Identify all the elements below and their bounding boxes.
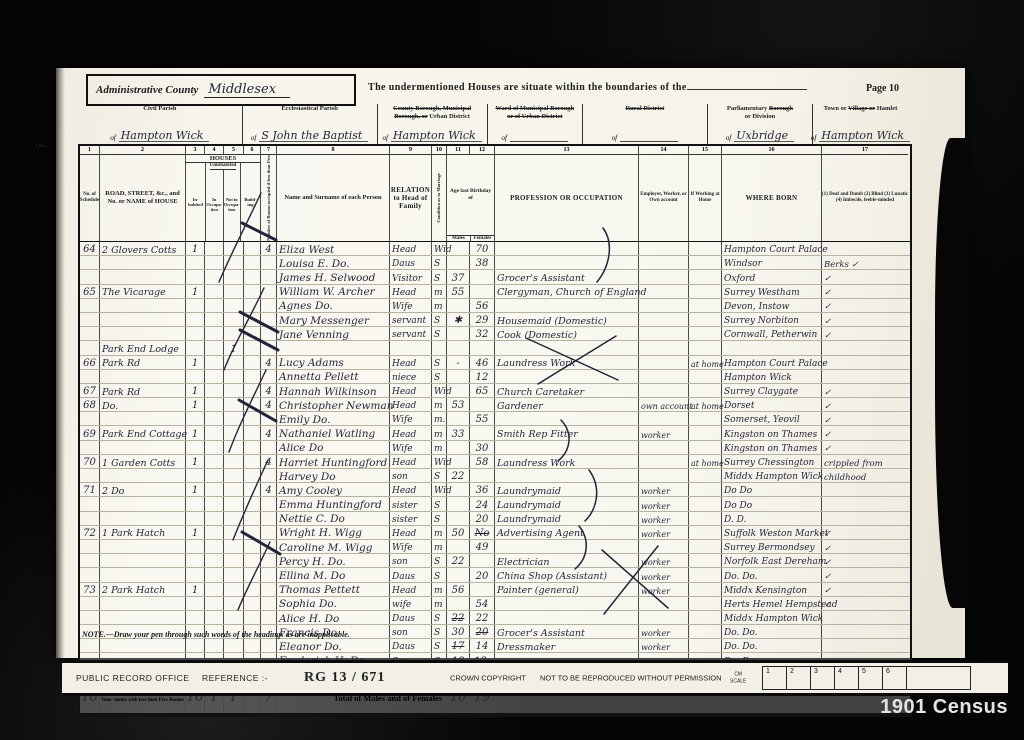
cell-inh [186,341,205,354]
header-uninhabited: Uninhabited In Occupa-tion Not in Occupa… [206,163,241,241]
cell-emp [639,270,689,283]
cell-inf [822,625,908,638]
cell-inh [186,327,205,340]
cell-name: Eleanor Do. [277,639,390,652]
cell-notocc [224,313,244,326]
ruler-mark-1: 1 [763,667,787,689]
cell-cond: Wid [432,384,447,397]
district-value: ofS John the Baptist [251,130,368,142]
cell-cond: S [432,554,447,567]
cell-inocc [205,398,224,411]
cell-born: Suffolk Weston Market [722,526,822,539]
cell-name: Caroline M. Wigg [277,540,390,553]
cell-rel: Wife [390,299,432,312]
cell-home [689,497,722,510]
cell-home [689,540,722,553]
cell-road [100,313,186,326]
cell-occ [495,611,639,624]
cell-inh [186,554,205,567]
cell-sch [80,256,100,269]
cell-inocc [205,554,224,567]
cell-road [100,639,186,652]
cell-emp: own account [639,398,689,411]
cell-occ: China Shop (Assistant) [495,568,639,581]
header-relation: RELATION to Head of Family [390,155,432,241]
cell-home [689,568,722,581]
cell-occ: Grocer's Assistant [495,625,639,638]
cell-sch [80,597,100,610]
cell-cond: Wid [432,242,447,255]
cell-home [689,370,722,383]
cell-build [244,483,261,496]
cell-sch [80,512,100,525]
cell-road: 1 Garden Cotts [100,455,186,468]
cell-notocc [224,441,244,454]
cell-inocc [205,299,224,312]
cell-rel: servant [390,313,432,326]
cell-inf: ✓ [822,384,908,397]
cell-cond: S [432,512,447,525]
header-in-occupation: In Occupa-tion [206,170,224,241]
cell-inh: 1 [186,285,205,298]
cm-ruler: 123456 [762,666,971,690]
cell-build [244,639,261,652]
cell-am [447,540,470,553]
cell-build [244,370,261,383]
cell-af: 20 [470,512,495,525]
column-headers-row: No. of Schedule ROAD, STREET, &c., and N… [80,155,910,242]
cell-home: at home [689,356,722,369]
cell-inf: ✓ [822,597,908,610]
cell-born: Surrey Claygate [722,384,822,397]
cell-occ: Laundrymaid [495,512,639,525]
cell-inf: ✓ [822,299,908,312]
cell-road [100,270,186,283]
cell-born: Do. Do. [722,625,822,638]
cell-road: Park End Lodge [100,341,186,354]
census-row: Louisa E. Do.DausS38WindsorBerks ✓ [80,256,910,270]
cell-af: 14 [470,639,495,652]
cell-inf [822,512,908,525]
cell-build [244,497,261,510]
cell-build [244,384,261,397]
cell-build [244,341,261,354]
cell-road [100,256,186,269]
cell-inh [186,313,205,326]
district-label: Ward of Municipal Boroughor of Urban Dis… [495,105,574,121]
cell-am: 56 [447,583,470,596]
header-born: WHERE BORN [722,155,822,241]
cell-sch: 70 [80,455,100,468]
cell-rooms [261,597,277,610]
cell-cond: m [432,583,447,596]
cell-sch [80,497,100,510]
cell-home [689,583,722,596]
cell-inh [186,512,205,525]
cell-inocc [205,384,224,397]
cell-occ: Grocer's Assistant [495,270,639,283]
cell-build [244,611,261,624]
cell-name: Nathaniel Watling [277,426,390,439]
cell-rel: Head [390,526,432,539]
cell-home: at home [689,398,722,411]
scan-background: Administrative County Middlesex The unde… [0,0,1024,740]
cell-inocc [205,313,224,326]
header-profession: PROFESSION OR OCCUPATION [495,155,639,241]
census-row: Jane VenningservantS32Cook (Domestic)Cor… [80,327,910,341]
cell-name: Eliza West [277,242,390,255]
district-label: Parliamentary Boroughor Division [727,105,793,121]
cell-name: Mary Messenger [277,313,390,326]
cell-emp: worker [639,554,689,567]
col-number-6: 6 [244,146,261,155]
reference-number: RG 13 / 671 [304,670,385,686]
cell-road [100,597,186,610]
col-number-7: 7 [261,146,277,155]
cell-road [100,512,186,525]
cell-cond: Wid [432,455,447,468]
cell-occ: Housemaid (Domestic) [495,313,639,326]
cell-am: 50 [447,526,470,539]
cell-home [689,299,722,312]
cell-rooms [261,639,277,652]
header-inhabited: In-habited [186,163,206,241]
cell-road [100,554,186,567]
cell-rel: sister [390,497,432,510]
cell-build [244,242,261,255]
cell-rooms [261,540,277,553]
census-row: 642 Glovers Cotts14Eliza WestHeadWid70Ha… [80,242,910,256]
cell-born: Surrey Westham [722,285,822,298]
cell-emp [639,412,689,425]
cell-road: 2 Do [100,483,186,496]
cell-inh [186,639,205,652]
cell-rooms [261,469,277,482]
cell-home [689,270,722,283]
district-label: Civil Parish [143,105,176,113]
cell-inf: ✓ [822,270,908,283]
cell-af: 55 [470,412,495,425]
cell-occ [495,597,639,610]
cell-af [470,341,495,354]
cell-am: 30 [447,625,470,638]
cell-home [689,256,722,269]
cell-inh [186,611,205,624]
cell-home [689,313,722,326]
cell-notocc [224,327,244,340]
cell-notocc [224,583,244,596]
cell-born [722,341,822,354]
administrative-county-box: Administrative County Middlesex [86,74,356,106]
cell-occ: Painter (general) [495,583,639,596]
cell-inocc [205,512,224,525]
cell-af: 70 [470,242,495,255]
cell-inocc [205,483,224,496]
district-box-0: Civil ParishofHampton Wick [78,104,243,144]
cell-inocc [205,583,224,596]
cell-inh: 1 [186,455,205,468]
cell-am [447,384,470,397]
cell-emp: worker [639,526,689,539]
cell-emp: worker [639,625,689,638]
cell-name: Wright H. Wigg [277,526,390,539]
cell-born: Do. Do. [722,639,822,652]
census-row: 701 Garden Cotts14Harriet HuntingfordHea… [80,455,910,469]
crown-copyright-label: CROWN COPYRIGHT [450,674,526,683]
cell-sch: 67 [80,384,100,397]
cell-cond: m [432,441,447,454]
cell-am: 53 [447,398,470,411]
cell-rooms [261,256,277,269]
cell-emp: worker [639,583,689,596]
census-row: Annetta PellettnieceS12Hampton Wick [80,370,910,384]
cell-cond [432,341,447,354]
census-watermark: 1901 Census [880,696,1008,719]
cell-rel: Daus [390,568,432,581]
cell-build [244,540,261,553]
cell-road: 2 Glovers Cotts [100,242,186,255]
cell-home [689,285,722,298]
cell-emp [639,299,689,312]
cell-inf [822,639,908,652]
cell-sch [80,299,100,312]
cell-inocc [205,455,224,468]
census-row: Park End Lodge1 [80,341,910,355]
ruler-mark-6: 6 [883,667,907,689]
cell-emp [639,455,689,468]
district-label: Ecclesiastical Parish [281,105,338,113]
district-box-2: County Borough, MunicipalBorough, or Urb… [378,104,488,144]
cell-cond: S [432,370,447,383]
cell-inh: 1 [186,483,205,496]
census-row: James H. SelwoodVisitorS37Grocer's Assis… [80,270,910,284]
cm-scale-label: CMSCALE [730,672,746,685]
cell-emp: worker [639,497,689,510]
admin-county-value: Middlesex [204,83,290,98]
census-row: Agnes Do.Wifem56Devon, Instow✓ [80,299,910,313]
cell-born: Hampton Wick [722,370,822,383]
cell-am: 33 [447,426,470,439]
cell-sch [80,540,100,553]
cell-sch [80,341,100,354]
cell-born: Surrey Norbiton [722,313,822,326]
col-number-14: 14 [639,146,689,155]
cell-build [244,313,261,326]
cell-name: Jane Venning [277,327,390,340]
cell-build [244,327,261,340]
cell-notocc [224,526,244,539]
ruler-end [907,667,970,689]
cell-notocc [224,256,244,269]
cell-am: 22 [447,554,470,567]
header-age: Age last Birthday of Males Females [447,155,495,241]
col-number-10: 10 [432,146,447,155]
cell-home [689,554,722,567]
cell-occ [495,341,639,354]
cell-am: - [447,356,470,369]
col-number-3: 3 [186,146,205,155]
cell-inf [822,497,908,510]
cell-am [447,441,470,454]
cell-af [470,285,495,298]
cell-cond: S [432,497,447,510]
cell-road: The Vicarage [100,285,186,298]
census-row: Nettie C. DosisterS20LaundrymaidworkerD.… [80,512,910,526]
district-label: Rural District [625,105,664,113]
cell-rel: servant [390,327,432,340]
cell-inh: 1 [186,426,205,439]
cell-road: Park Rd [100,356,186,369]
cell-inh: 1 [186,583,205,596]
cell-occ [495,412,639,425]
cell-notocc [224,299,244,312]
cell-af: 12 [470,370,495,383]
district-value: of [502,132,568,142]
cell-rooms [261,526,277,539]
cell-name: Percy H. Do. [277,554,390,567]
cell-cond: m [432,526,447,539]
cell-rooms [261,554,277,567]
cell-build [244,398,261,411]
cell-rooms [261,583,277,596]
ruler-mark-2: 2 [787,667,811,689]
cell-born: D. D. [722,512,822,525]
cell-cond: S [432,313,447,326]
cell-home [689,426,722,439]
cell-am [447,568,470,581]
cell-build [244,285,261,298]
cell-emp [639,597,689,610]
cell-cond: m [432,398,447,411]
cell-born: Hampton Court Palace [722,356,822,369]
cell-born: Middx Hampton Wick [722,469,822,482]
cell-rel: Head [390,242,432,255]
cell-name [277,341,390,354]
cell-inh [186,597,205,610]
col-number-12: 12 [470,146,495,155]
district-header-row: Civil ParishofHampton WickEcclesiastical… [78,104,908,144]
census-row: Mary MessengerservantS✱29Housemaid (Dome… [80,313,910,327]
district-box-5: Parliamentary Boroughor DivisionofUxbrid… [708,104,813,144]
cell-rel: Head [390,398,432,411]
cell-road [100,497,186,510]
cell-rooms [261,285,277,298]
cell-sch [80,469,100,482]
page-number: Page 10 [866,83,899,94]
cell-build [244,426,261,439]
col-number-9: 9 [390,146,432,155]
district-label: County Borough, MunicipalBorough, or Urb… [393,105,471,121]
cell-road [100,327,186,340]
cell-sch [80,554,100,567]
district-value: ofHampton Wick [811,130,910,142]
cell-born: Somerset, Yeovil [722,412,822,425]
footnote: NOTE.—Draw your pen through such words o… [82,630,350,639]
cell-rooms [261,568,277,581]
cell-inh: 1 [186,356,205,369]
cell-born: Dorset [722,398,822,411]
census-row: 69Park End Cottage14Nathaniel WatlingHea… [80,426,910,440]
cell-name: Hannah Wilkinson [277,384,390,397]
col-number-13: 13 [495,146,639,155]
cell-emp [639,356,689,369]
cell-inocc [205,639,224,652]
cell-inf [822,242,908,255]
col-number-5: 5 [224,146,244,155]
cell-sch: 66 [80,356,100,369]
cell-inocc [205,412,224,425]
cell-inf: ✓ [822,441,908,454]
cell-inh [186,256,205,269]
census-row: 67Park Rd14Hannah WilkinsonHeadWid65Chur… [80,384,910,398]
cell-am [447,455,470,468]
cell-home [689,512,722,525]
cell-inf: ✓ [822,327,908,340]
cell-occ [495,299,639,312]
cell-af: 30 [470,441,495,454]
district-label: Town or Village or Hamlet [824,105,898,113]
census-rows: 642 Glovers Cotts14Eliza WestHeadWid70Ha… [80,242,910,682]
cell-af: 22 [470,611,495,624]
cell-build [244,356,261,369]
header-building: Build-ing [241,163,260,241]
permission-label: NOT TO BE REPRODUCED WITHOUT PERMISSION [540,674,722,683]
col-number-4: 4 [205,146,224,155]
cell-born: Windsor [722,256,822,269]
cell-rel: Head [390,285,432,298]
cell-cond: S [432,568,447,581]
undermentioned-heading: The undermentioned Houses are situate wi… [368,82,807,93]
col-number-11: 11 [447,146,470,155]
cell-road [100,299,186,312]
cell-notocc [224,568,244,581]
census-row: 712 Do14Amy CooleyHeadWid36Laundrymaidwo… [80,483,910,497]
cell-inocc [205,441,224,454]
cell-notocc [224,469,244,482]
cell-rooms [261,512,277,525]
cell-inh: 1 [186,398,205,411]
ruler-mark-5: 5 [859,667,883,689]
cell-notocc: 1 [224,341,244,354]
cell-sch: 72 [80,526,100,539]
cell-rel: Head [390,356,432,369]
torn-edge [935,138,969,608]
col-number-16: 16 [722,146,822,155]
cell-home [689,611,722,624]
cell-inocc [205,270,224,283]
cell-road [100,469,186,482]
cell-inh [186,270,205,283]
cell-occ: Smith Rep Fitter [495,426,639,439]
census-row: Alice H. DoDausS2222Middx Hampton Wick [80,611,910,625]
cell-road [100,611,186,624]
cell-born: Hampton Court Palace [722,242,822,255]
cell-rel: Head [390,455,432,468]
cell-rooms [261,270,277,283]
cell-af: No [470,526,495,539]
cell-notocc [224,384,244,397]
cell-am [447,497,470,510]
cell-cond: S [432,256,447,269]
cell-build [244,455,261,468]
cell-af [470,398,495,411]
census-row: Ellina M. DoDausS20China Shop (Assistant… [80,568,910,582]
cell-inf [822,370,908,383]
cell-am [447,597,470,610]
cell-cond: S [432,625,447,638]
cell-notocc [224,242,244,255]
cell-occ: Electrician [495,554,639,567]
